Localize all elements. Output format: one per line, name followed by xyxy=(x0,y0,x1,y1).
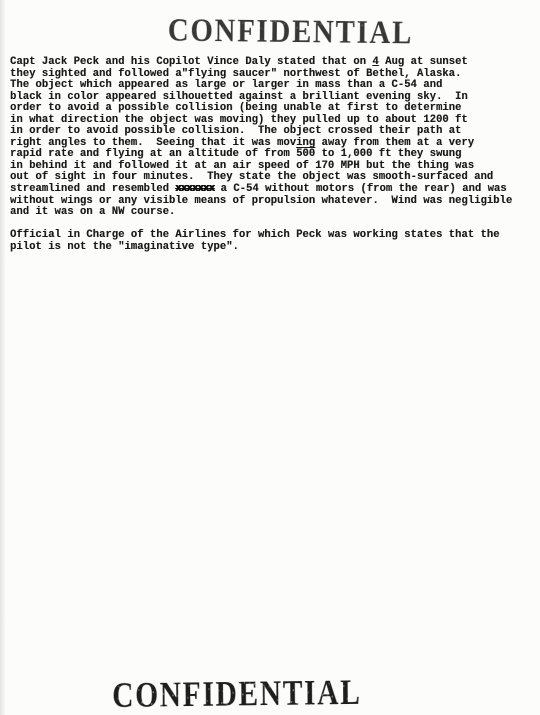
text-line: pilot is not the "imaginative type". xyxy=(10,242,534,254)
text-line: Capt Jack Peck and his Copilot Vince Dal… xyxy=(10,57,534,69)
text-segment: Aug at sunset xyxy=(379,56,468,68)
typewriter-strikeout-word: xxxxxxx xyxy=(175,183,214,195)
text-line: and it was on a NW course. xyxy=(10,207,534,219)
text-segment-overlined: 500 xyxy=(296,148,315,160)
text-segment: to 1,000 ft they swung xyxy=(315,148,461,160)
text-line: streamlined and resembled xxxxxxx a C-54… xyxy=(10,184,534,196)
scanned-document-page: CONFIDENTIAL Capt Jack Peck and his Copi… xyxy=(0,0,540,715)
text-segment: rapid rate and flying at an altitude of … xyxy=(10,148,296,160)
text-line: order to avoid a possible collision (bei… xyxy=(10,103,534,115)
text-segment: a C-54 without motors (from the rear) an… xyxy=(214,183,506,195)
text-line: Official in Charge of the Airlines for w… xyxy=(10,230,534,242)
paragraph-sighting-report: Capt Jack Peck and his Copilot Vince Dal… xyxy=(10,57,534,219)
text-segment: Capt Jack Peck and his Copilot Vince Dal… xyxy=(10,56,372,68)
confidential-stamp-bottom: CONFIDENTIAL xyxy=(112,671,362,715)
paragraph-official-statement: Official in Charge of the Airlines for w… xyxy=(10,230,534,253)
text-segment: streamlined and resembled xyxy=(10,183,175,195)
confidential-stamp-top: CONFIDENTIAL xyxy=(168,13,414,52)
report-body-text: Capt Jack Peck and his Copilot Vince Dal… xyxy=(10,57,534,253)
text-line: The object which appeared as large or la… xyxy=(10,80,534,92)
page-edge-shadow xyxy=(0,0,6,715)
